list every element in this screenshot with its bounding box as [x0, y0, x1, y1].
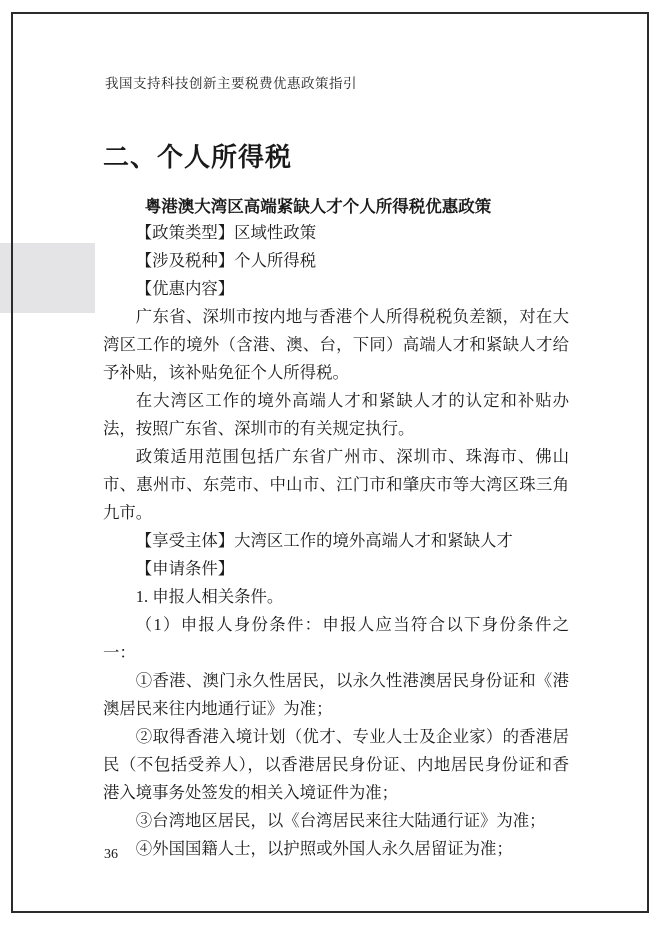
running-header: 我国支持科技创新主要税费优惠政策指引	[105, 74, 357, 94]
paragraph-policy-type: 【政策类型】区域性政策	[103, 219, 569, 247]
paragraph-condition-1-1: （1）申报人身份条件：申报人应当符合以下身份条件之一：	[103, 611, 569, 667]
body-text: 【政策类型】区域性政策 【涉及税种】个人所得税 【优惠内容】 广东省、深圳市按内…	[103, 219, 569, 863]
paragraph-conditions-label: 【申请条件】	[103, 555, 569, 583]
document-page: 我国支持科技创新主要税费优惠政策指引 二、个人所得税 粤港澳大湾区高端紧缺人才个…	[0, 0, 664, 929]
paragraph-beneficiary: 【享受主体】大湾区工作的境外高端人才和紧缺人才	[103, 527, 569, 555]
paragraph-identity-3: ③台湾地区居民，以《台湾居民来往大陆通行证》为准；	[103, 807, 569, 835]
page-edge-tab	[0, 243, 95, 313]
paragraph-tax-type: 【涉及税种】个人所得税	[103, 247, 569, 275]
paragraph-identity-2: ②取得香港入境计划（优才、专业人士及企业家）的香港居民（不包括受养人），以香港居…	[103, 723, 569, 807]
policy-title: 粤港澳大湾区高端紧缺人才个人所得税优惠政策	[103, 195, 533, 219]
paragraph-benefit-label: 【优惠内容】	[103, 275, 569, 303]
paragraph-benefit-2: 在大湾区工作的境外高端人才和紧缺人才的认定和补贴办法，按照广东省、深圳市的有关规…	[103, 387, 569, 443]
page-number: 36	[104, 845, 118, 865]
paragraph-benefit-3: 政策适用范围包括广东省广州市、深圳市、珠海市、佛山市、惠州市、东莞市、中山市、江…	[103, 443, 569, 527]
paragraph-identity-1: ①香港、澳门永久性居民，以永久性港澳居民身份证和《港澳居民来往内地通行证》为准；	[103, 667, 569, 723]
paragraph-identity-4: ④外国国籍人士，以护照或外国人永久居留证为准；	[103, 835, 569, 863]
section-title: 二、个人所得税	[103, 142, 292, 174]
paragraph-benefit-1: 广东省、深圳市按内地与香港个人所得税税负差额，对在大湾区工作的境外（含港、澳、台…	[103, 303, 569, 387]
paragraph-condition-1: 1. 申报人相关条件。	[103, 583, 569, 611]
